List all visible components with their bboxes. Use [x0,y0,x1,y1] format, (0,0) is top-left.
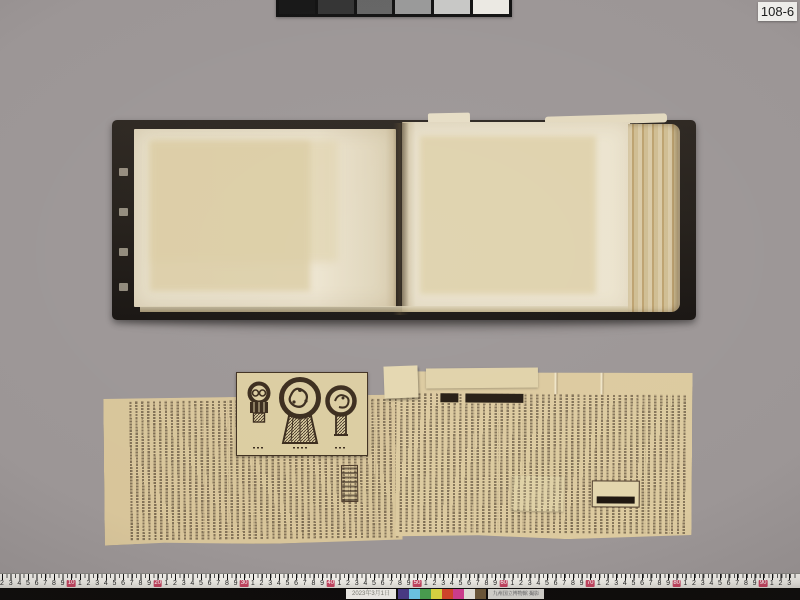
ruler-number: 1 [510,580,514,588]
artifact-drawing [237,373,367,455]
date-label: 2023年3月1日 [352,591,390,597]
ruler-number: 7 [476,580,480,588]
ruler-number: 9 [320,580,324,588]
ruler-number: 3 [528,580,532,588]
grayscale-patch [318,0,354,14]
paper-crease [554,372,556,394]
page-edge-stack [628,124,680,312]
ruler-number: 9 [61,580,65,588]
clipping-illustration [236,372,368,456]
ruler-number: 1 [337,580,341,588]
tape-numbers: 2345678910123456789201234567893012345678… [0,574,800,588]
ruler-number: 1 [424,580,428,588]
ruler-number: 7 [735,580,739,588]
color-patch [442,589,453,599]
gutter-shadow [393,123,409,315]
ruler-number: 6 [554,580,558,588]
color-patch [453,589,464,599]
ruler-number: 4 [17,580,21,588]
ruler-number: 8 [398,580,402,588]
paper-fold-flap [383,365,418,398]
ruler-number: 9 [234,580,238,588]
ruler-number: 9 [666,580,670,588]
ruler-number: 2 [0,580,4,588]
ruler-number: 10 [67,580,76,587]
ruler-number: 9 [407,580,411,588]
ruler-number: 8 [744,580,748,588]
ruler-number: 3 [182,580,186,588]
ruler-number: 5 [285,580,289,588]
headline-block [465,393,523,402]
grayscale-patch [357,0,393,14]
notice-dark-bar [597,496,635,503]
date-label-box: 2023年3月1日 [346,589,396,599]
ruler-number: 8 [311,580,315,588]
ruler-number: 1 [770,580,774,588]
ruler-number: 8 [484,580,488,588]
footer-strip: 2023年3月1日 九州国立博物館 撮影 [0,588,800,600]
color-patch [398,589,409,599]
ruler-number: 8 [52,580,56,588]
ruler-number: 3 [355,580,359,588]
headline-row [440,392,523,403]
ruler-number: 1 [251,580,255,588]
ruler-number: 2 [433,580,437,588]
ruler-number: 3 [614,580,618,588]
ruler-number: 9 [753,580,757,588]
color-patch [431,589,442,599]
archive-photo: 108-6 [0,0,800,600]
credit-label: 九州国立博物館 撮影 [493,591,539,597]
ruler-number: 4 [536,580,540,588]
grayscale-patch [473,0,509,14]
ruler-number: 6 [467,580,471,588]
ruler-number: 4 [277,580,281,588]
paper-crease [600,372,602,394]
ruler-number: 2 [519,580,523,588]
book-spine-stitch [119,208,128,216]
ruler-number: 5 [26,580,30,588]
grayscale-patch [395,0,431,14]
credit-label-box: 九州国立博物館 撮影 [488,589,544,599]
headline-block [440,393,458,402]
ruler-number: 4 [623,580,627,588]
ruler-number: 9 [147,580,151,588]
ruler-number: 1 [597,580,601,588]
ruler-number: 7 [389,580,393,588]
ruler-number: 5 [372,580,376,588]
ruler-number: 8 [657,580,661,588]
ruler-number: 3 [9,580,13,588]
color-patch [420,589,431,599]
ruler-number: 4 [363,580,367,588]
color-patch [409,589,420,599]
ruler-number: 2 [779,580,783,588]
ruler-number: 6 [121,580,125,588]
overlay-scrap-top [426,368,538,389]
ruler-number: 2 [173,580,177,588]
ruler-number: 2 [260,580,264,588]
ruler-number: 90 [759,580,768,587]
measuring-tape: 2345678910123456789201234567893012345678… [0,573,800,588]
ruler-number: 3 [701,580,705,588]
color-patch [475,589,486,599]
ruler-number: 5 [458,580,462,588]
ruler-number: 7 [562,580,566,588]
ruler-number: 3 [95,580,99,588]
ruler-number: 9 [493,580,497,588]
ruler-number: 5 [199,580,203,588]
ruler-number: 6 [35,580,39,588]
ruler-number: 4 [709,580,713,588]
ruler-number: 20 [153,580,162,587]
ruler-number: 5 [631,580,635,588]
ruler-number: 5 [718,580,722,588]
ruler-number: 4 [450,580,454,588]
ruler-number: 7 [130,580,134,588]
ruler-number: 8 [225,580,229,588]
boxed-headline [341,465,358,502]
grayscale-patch [434,0,470,14]
color-scale [398,589,486,599]
newsprint-text-columns [399,393,688,534]
ruler-number: 2 [87,580,91,588]
ruler-number: 1 [683,580,687,588]
book-spine-stitch [119,248,128,256]
ruler-number: 6 [640,580,644,588]
ruler-number: 9 [580,580,584,588]
ruler-number: 5 [112,580,116,588]
ruler-number: 2 [606,580,610,588]
ruler-number: 7 [216,580,220,588]
ruler-number: 1 [78,580,82,588]
newspaper-clipping-right [395,371,692,540]
page-stain [150,141,310,291]
ruler-number: 6 [208,580,212,588]
ruler-number: 4 [104,580,108,588]
page-stain [420,136,596,294]
ruler-number: 2 [346,580,350,588]
ruler-number: 4 [190,580,194,588]
book-spine-stitch [119,168,128,176]
grayscale-scale [276,0,512,17]
illustration-caption [253,447,345,449]
ruler-number: 7 [43,580,47,588]
ruler-number: 8 [571,580,575,588]
ruler-number: 50 [413,580,422,587]
ruler-number: 2 [692,580,696,588]
ruler-number: 6 [294,580,298,588]
ruler-number: 8 [138,580,142,588]
ruler-number: 3 [441,580,445,588]
ruler-number: 3 [268,580,272,588]
ruler-number: 6 [727,580,731,588]
overlay-scrap [511,475,564,511]
ruler-number: 6 [381,580,385,588]
boxed-notice [592,480,640,507]
ruler-number: 40 [326,580,335,587]
ruler-number: 7 [303,580,307,588]
ruler-number: 7 [649,580,653,588]
ruler-number: 3 [787,580,791,588]
grayscale-patch [279,0,315,14]
bottom-page-edges [140,306,628,312]
ruler-number: 1 [164,580,168,588]
photo-id-label: 108-6 [758,2,797,21]
ruler-number: 60 [499,580,508,587]
color-patch [464,589,475,599]
ruler-number: 80 [672,580,681,587]
ruler-number: 30 [240,580,249,587]
book-spine-stitch [119,283,128,291]
ruler-number: 5 [545,580,549,588]
ruler-number: 70 [586,580,595,587]
